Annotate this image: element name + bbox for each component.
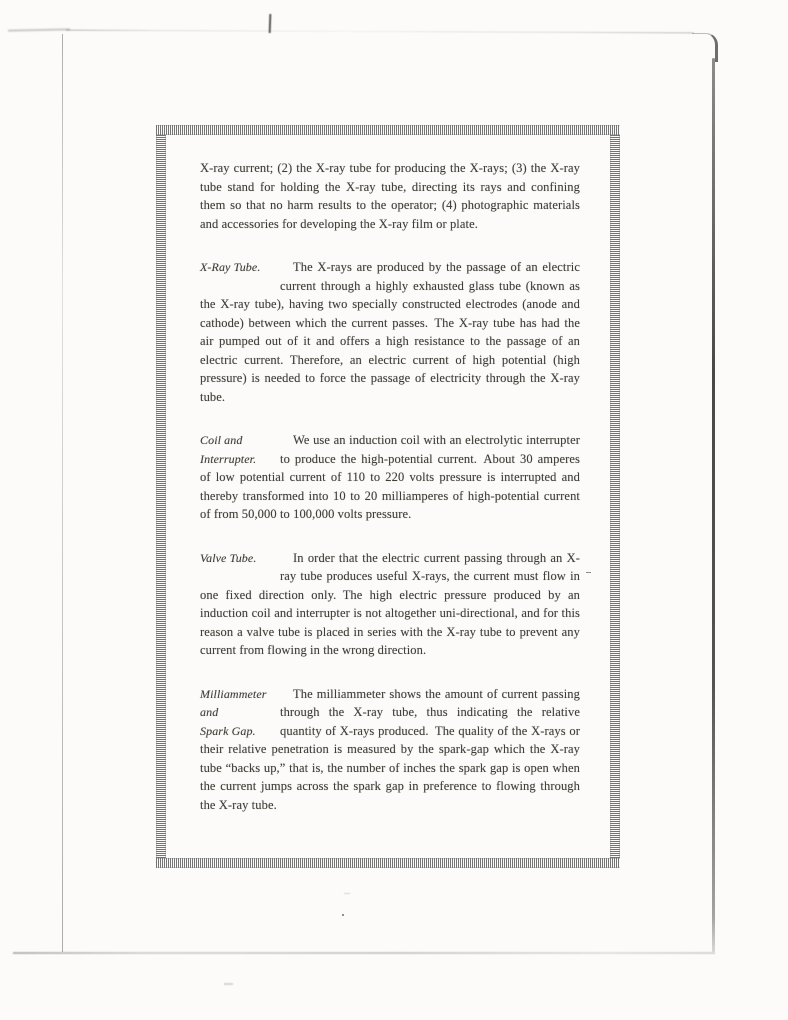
section-sidehead: MilliammeterandSpark Gap. (200, 685, 280, 741)
section-paragraph: Valve Tube.In order that the electric cu… (200, 549, 580, 660)
page-edge-right (712, 58, 715, 952)
section-paragraph: X-Ray Tube.The X-rays are produced by th… (200, 258, 580, 406)
intro-paragraph: X-ray current; (2) the X-ray tube for pr… (200, 159, 580, 233)
border-frame-bottom (156, 858, 620, 868)
page-edge-left (62, 34, 63, 952)
scan-smudge-top-left (8, 28, 70, 31)
scanned-page: X-ray current; (2) the X-ray tube for pr… (0, 0, 788, 1020)
page-corner-top-right (692, 33, 718, 62)
scan-speck (586, 572, 591, 573)
border-frame-top (156, 125, 620, 135)
border-frame-left (156, 135, 166, 858)
page-edge-bottom (13, 952, 715, 954)
section-paragraph: Coil andInterrupter.We use an induction … (200, 431, 580, 524)
page-edge-top (66, 30, 694, 34)
scan-tick-mark (269, 14, 272, 33)
section-sidehead: X-Ray Tube. (200, 258, 280, 295)
section-paragraph: MilliammeterandSpark Gap.The milliammete… (200, 685, 580, 815)
scan-speck (224, 983, 233, 985)
scan-speck (342, 914, 344, 916)
border-frame-right (610, 135, 620, 858)
section-sidehead: Valve Tube. (200, 549, 280, 586)
section-sidehead: Coil andInterrupter. (200, 431, 280, 468)
scan-speck (344, 893, 350, 894)
page-text: X-ray current; (2) the X-ray tube for pr… (200, 159, 580, 839)
